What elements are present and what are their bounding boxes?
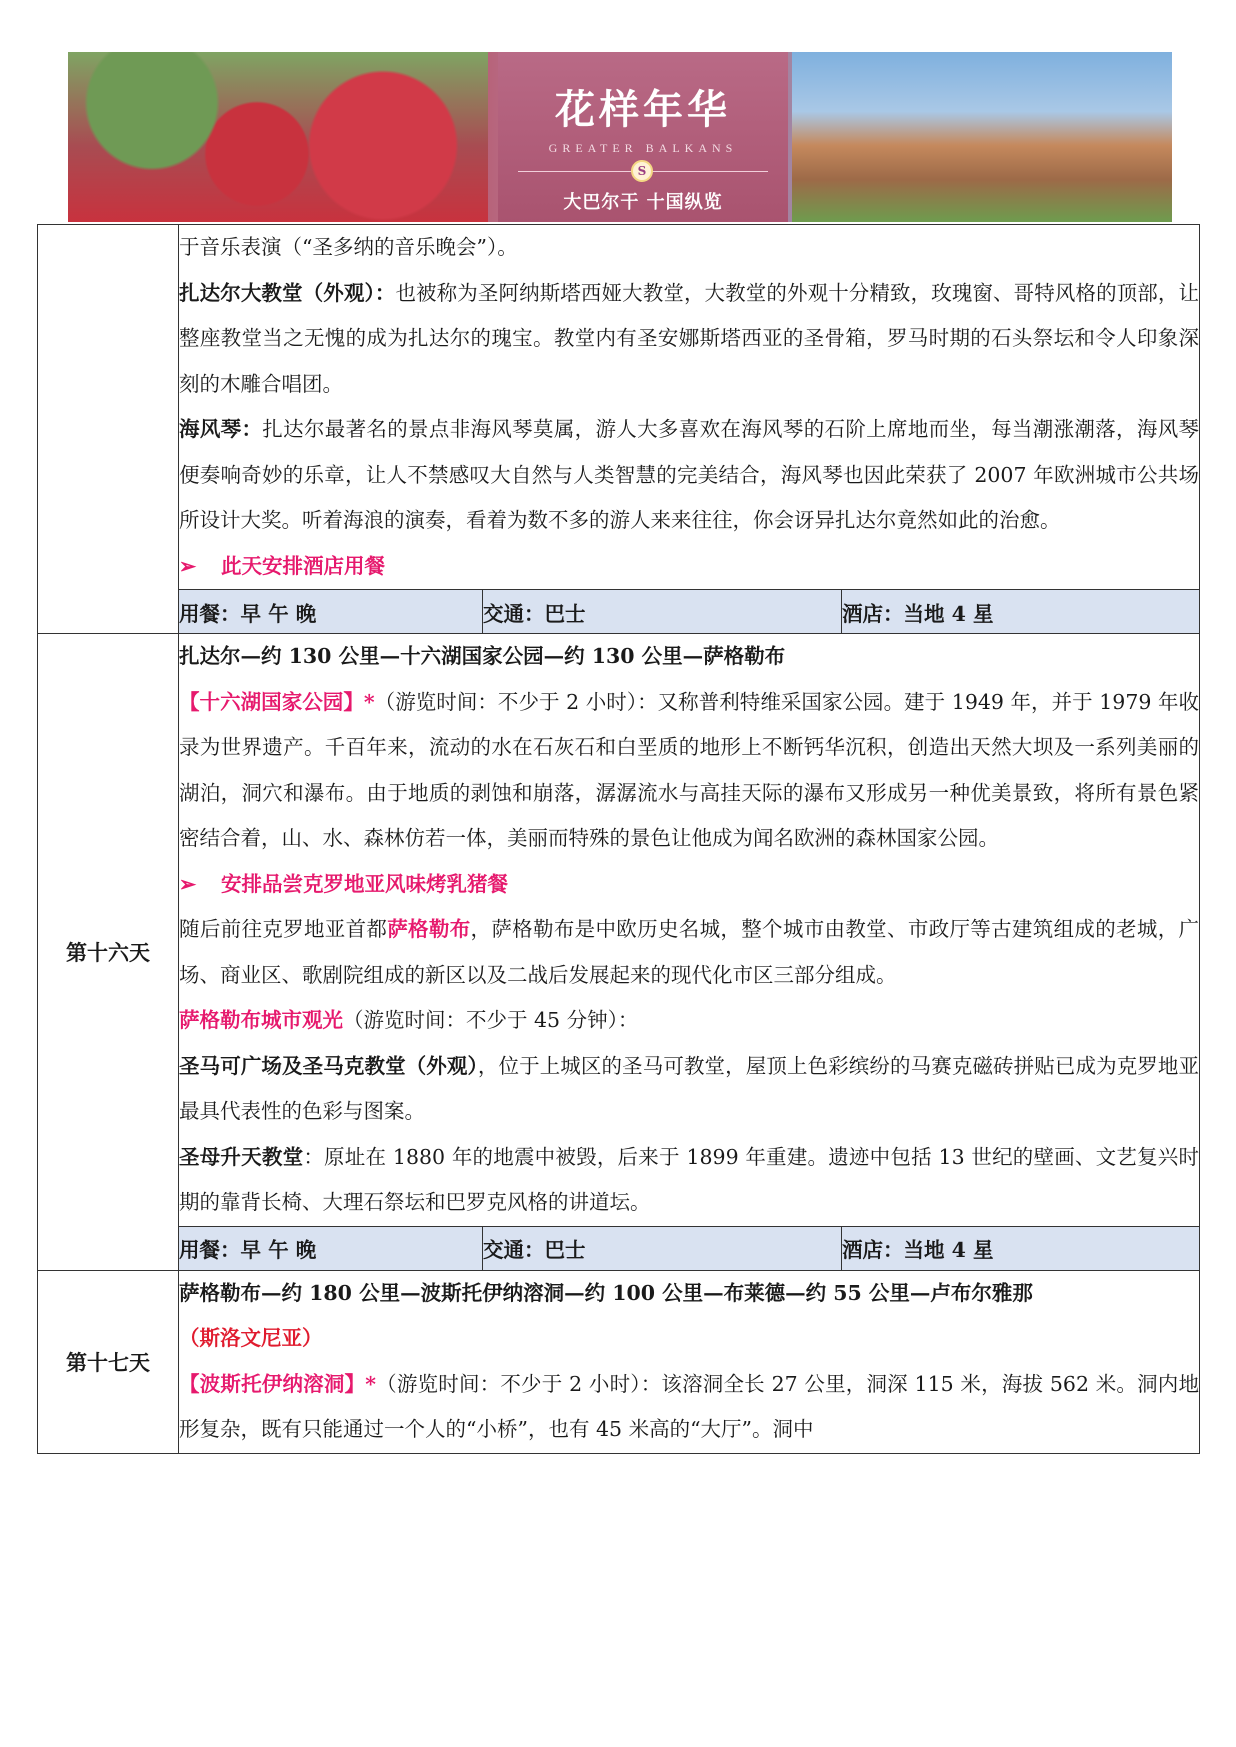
day16-zagreb-tour: 萨格勒布城市观光（游览时间：不少于 45 分钟）：: [179, 998, 1199, 1044]
day15-zadar-cathedral: 扎达尔大教堂（外观）：也被称为圣阿纳斯塔西娅大教堂，大教堂的外观十分精致，玫瑰窗…: [179, 271, 1199, 408]
day15-meal-note: ➢此天安排酒店用餐: [179, 544, 1199, 590]
header-banner: 花样年华 GREATER BALKANS S 大巴尔干 十国纵览: [68, 52, 1172, 222]
logo-divider: S: [498, 160, 788, 182]
day16-hotel: 酒店：当地 4 星: [842, 1226, 1200, 1270]
banner-title-panel: 花样年华 GREATER BALKANS S 大巴尔干 十国纵览: [498, 52, 788, 222]
day15-hotel: 酒店：当地 4 星: [842, 590, 1200, 634]
day17-content-row: 第十七天 萨格勒布—约 180 公里—波斯托伊纳溶洞—约 100 公里—布莱德—…: [38, 1270, 1200, 1453]
day16-transport: 交通：巴士: [483, 1226, 842, 1270]
day16-meal-note: ➢安排品尝克罗地亚风味烤乳猪餐: [179, 862, 1199, 908]
day16-info-row: 用餐：早 午 晚 交通：巴士 酒店：当地 4 星: [38, 1226, 1200, 1270]
day16-label: 第十六天: [38, 634, 179, 1271]
day17-route: 萨格勒布—约 180 公里—波斯托伊纳溶洞—约 100 公里—布莱德—约 55 …: [179, 1271, 1199, 1362]
banner-subtitle: GREATER BALKANS: [498, 141, 788, 156]
folk-dancers-photo: [68, 52, 488, 222]
brand-logo-icon: S: [631, 160, 653, 182]
day15-meals: 用餐：早 午 晚: [179, 590, 483, 634]
day15-p1: 于音乐表演（“圣多纳的音乐晚会”）。: [179, 225, 1199, 271]
day16-zagreb-intro: 随后前往克罗地亚首都萨格勒布，萨格勒布是中欧历史名城，整个城市由教堂、市政厅等古…: [179, 907, 1199, 998]
itinerary-table: 于音乐表演（“圣多纳的音乐晚会”）。 扎达尔大教堂（外观）：也被称为圣阿纳斯塔西…: [37, 224, 1200, 1454]
day17-label: 第十七天: [38, 1270, 179, 1453]
day15-transport: 交通：巴士: [483, 590, 842, 634]
day17-content: 萨格勒布—约 180 公里—波斯托伊纳溶洞—约 100 公里—布莱德—约 55 …: [179, 1270, 1200, 1453]
arrow-bullet-icon: ➢: [179, 862, 221, 908]
arrow-bullet-icon: ➢: [179, 544, 221, 590]
day16-plitvice: 【十六湖国家公园】*（游览时间：不少于 2 小时）：又称普利特维采国家公园。建于…: [179, 680, 1199, 862]
day15-info-row: 用餐：早 午 晚 交通：巴士 酒店：当地 4 星: [38, 590, 1200, 634]
day17-route-country: （斯洛文尼亚）: [179, 1326, 323, 1350]
day16-meals: 用餐：早 午 晚: [179, 1226, 483, 1270]
day15-content-row: 于音乐表演（“圣多纳的音乐晚会”）。 扎达尔大教堂（外观）：也被称为圣阿纳斯塔西…: [38, 225, 1200, 590]
day16-content: 扎达尔—约 130 公里—十六湖国家公园—约 130 公里—萨格勒布 【十六湖国…: [179, 634, 1200, 1227]
day16-content-row: 第十六天 扎达尔—约 130 公里—十六湖国家公园—约 130 公里—萨格勒布 …: [38, 634, 1200, 1227]
banner-tagline: 大巴尔干 十国纵览: [498, 188, 788, 214]
day15-label-cell: [38, 225, 179, 634]
day16-cathedral: 圣母升天教堂：原址在 1880 年的地震中被毁，后来于 1899 年重建。遗迹中…: [179, 1135, 1199, 1226]
day16-st-mark: 圣马可广场及圣马克教堂（外观），位于上城区的圣马可教堂，屋顶上色彩缤纷的马赛克磁…: [179, 1044, 1199, 1135]
day15-content: 于音乐表演（“圣多纳的音乐晚会”）。 扎达尔大教堂（外观）：也被称为圣阿纳斯塔西…: [179, 225, 1200, 590]
castle-photo: [792, 52, 1172, 222]
day16-route: 扎达尔—约 130 公里—十六湖国家公园—约 130 公里—萨格勒布: [179, 634, 1199, 680]
day17-postojna: 【波斯托伊纳溶洞】*（游览时间：不少于 2 小时）：该溶洞全长 27 公里，洞深…: [179, 1362, 1199, 1453]
day15-sea-organ: 海风琴：扎达尔最著名的景点非海风琴莫属，游人大多喜欢在海风琴的石阶上席地而坐，每…: [179, 407, 1199, 544]
banner-title: 花样年华: [498, 78, 788, 135]
